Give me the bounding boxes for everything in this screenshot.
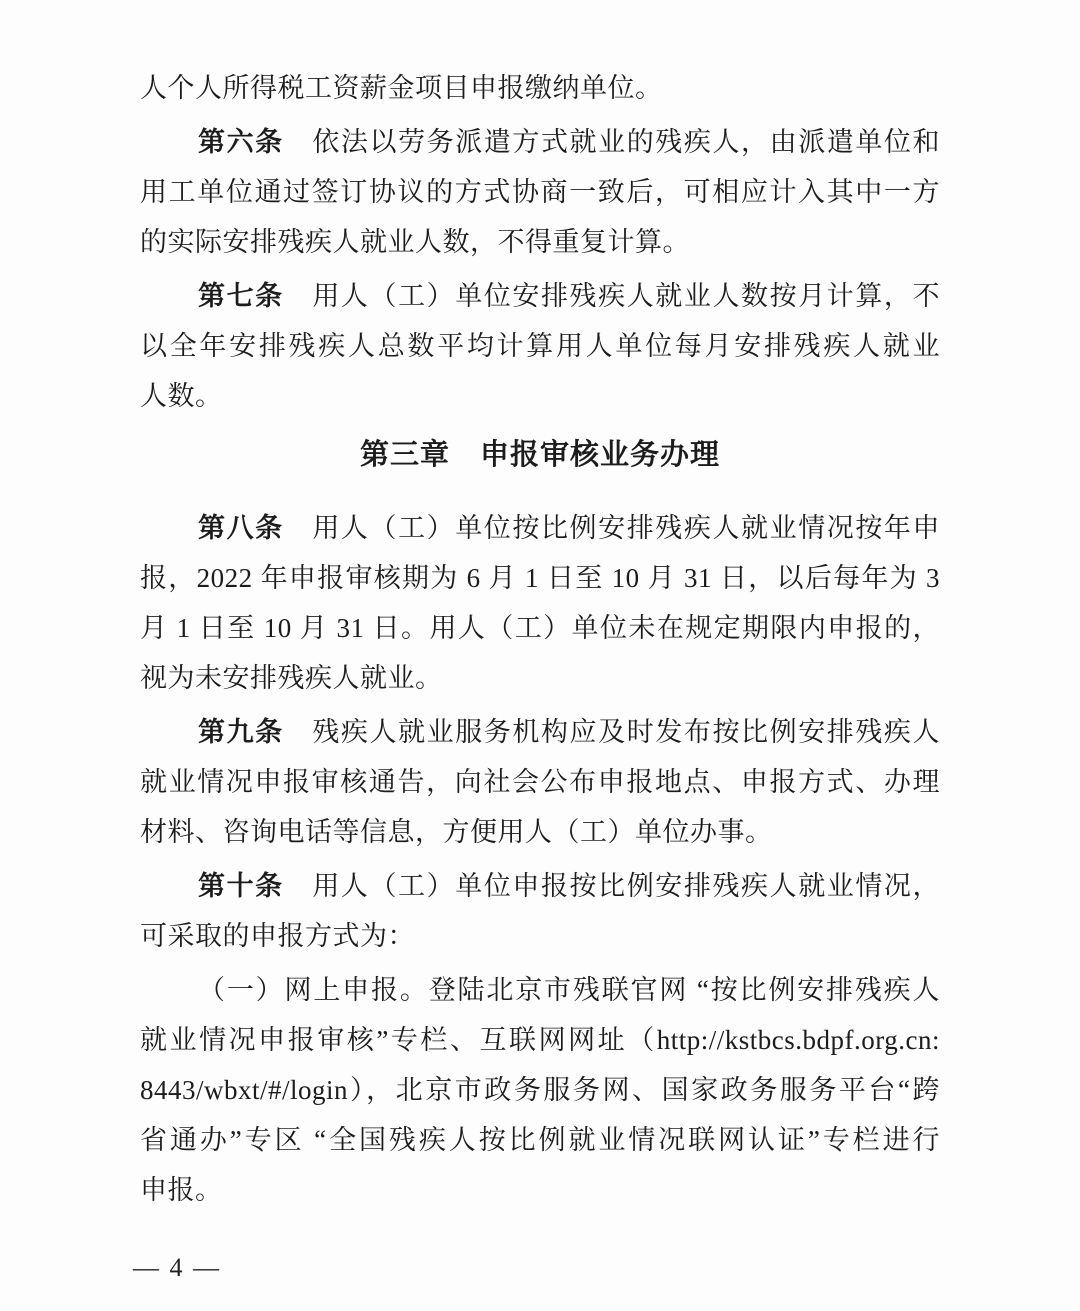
text-line: 第九条 残疾人就业服务机构应及时发布按比例安排残疾人 xyxy=(140,707,940,757)
line-text: 残疾人就业服务机构应及时发布按比例安排残疾人 xyxy=(284,717,940,747)
line-text: 以全年安排残疾人总数平均计算用人单位每月安排残疾人就业 xyxy=(140,331,940,361)
text-line: 第八条 用人（工）单位按比例安排残疾人就业情况按年申 xyxy=(140,503,940,553)
line-text: 人数。 xyxy=(140,381,223,411)
document-body: 人个人所得税工资薪金项目申报缴纳单位。 第六条 依法以劳务派遣方式就业的残疾人，… xyxy=(140,63,940,1215)
line-text: 申报。 xyxy=(140,1175,223,1205)
text-line: 就业情况申报审核通告，向社会公布申报地点、申报方式、办理 xyxy=(140,757,940,807)
text-line: 人个人所得税工资薪金项目申报缴纳单位。 xyxy=(140,63,940,113)
text-line: 第十条 用人（工）单位申报按比例安排残疾人就业情况， xyxy=(140,861,940,911)
line-text: 用人（工）单位安排残疾人就业人数按月计算，不 xyxy=(284,281,940,311)
text-line: 的实际安排残疾人就业人数，不得重复计算。 xyxy=(140,217,940,267)
text-line: 以全年安排残疾人总数平均计算用人单位每月安排残疾人就业 xyxy=(140,321,940,371)
article-number: 第九条 xyxy=(198,717,284,748)
article-number: 第七条 xyxy=(198,281,284,312)
line-text: 省通办”专区 “全国残疾人按比例就业情况联网认证”专栏进行 xyxy=(140,1125,940,1155)
line-text: 依法以劳务派遣方式就业的残疾人，由派遣单位和 xyxy=(284,127,940,157)
page-number-footer: — 4 — xyxy=(133,1248,221,1288)
line-text: 人个人所得税工资薪金项目申报缴纳单位。 xyxy=(140,73,663,103)
text-line: 人数。 xyxy=(140,371,940,421)
line-text: 用人（工）单位申报按比例安排残疾人就业情况， xyxy=(284,871,940,901)
line-text: 报，2022 年申报审核期为 6 月 1 日至 10 月 31 日，以后每年为 … xyxy=(140,563,940,593)
line-text: 月 1 日至 10 月 31 日。用人（工）单位未在规定期限内申报的， xyxy=(140,613,940,643)
line-text: 就业情况申报审核”专栏、互联网网址（http://kstbcs.bdpf.org… xyxy=(140,1025,940,1055)
text-line: 月 1 日至 10 月 31 日。用人（工）单位未在规定期限内申报的， xyxy=(140,603,940,653)
article-number: 第六条 xyxy=(198,127,284,158)
text-line: 8443/wbxt/#/login），北京市政务服务网、国家政务服务平台“跨 xyxy=(140,1065,940,1115)
document-page: 人个人所得税工资薪金项目申报缴纳单位。 第六条 依法以劳务派遣方式就业的残疾人，… xyxy=(0,0,1080,1311)
text-line: 报，2022 年申报审核期为 6 月 1 日至 10 月 31 日，以后每年为 … xyxy=(140,553,940,603)
line-text: 的实际安排残疾人就业人数，不得重复计算。 xyxy=(140,227,690,257)
text-line: 省通办”专区 “全国残疾人按比例就业情况联网认证”专栏进行 xyxy=(140,1115,940,1165)
article-number: 第十条 xyxy=(198,871,284,902)
text-line: 用工单位通过签订协议的方式协商一致后，可相应计入其中一方 xyxy=(140,167,940,217)
text-line: （一）网上申报。登陆北京市残联官网 “按比例安排残疾人 xyxy=(140,965,940,1015)
line-text: 材料、咨询电话等信息，方便用人（工）单位办事。 xyxy=(140,817,773,847)
line-text: 用工单位通过签订协议的方式协商一致后，可相应计入其中一方 xyxy=(140,177,940,207)
line-text: （一）网上申报。登陆北京市残联官网 “按比例安排残疾人 xyxy=(198,975,940,1005)
text-line: 申报。 xyxy=(140,1165,940,1215)
line-text: 第三章 申报审核业务办理 xyxy=(360,437,720,471)
text-line: 第六条 依法以劳务派遣方式就业的残疾人，由派遣单位和 xyxy=(140,117,940,167)
text-line: 可采取的申报方式为： xyxy=(140,911,940,961)
article-number: 第八条 xyxy=(198,513,284,544)
text-line: 第七条 用人（工）单位安排残疾人就业人数按月计算，不 xyxy=(140,271,940,321)
line-text: 就业情况申报审核通告，向社会公布申报地点、申报方式、办理 xyxy=(140,767,940,797)
text-line: 材料、咨询电话等信息，方便用人（工）单位办事。 xyxy=(140,807,940,857)
line-text: 用人（工）单位按比例安排残疾人就业情况按年申 xyxy=(284,513,940,543)
text-line: 视为未安排残疾人就业。 xyxy=(140,653,940,703)
chapter-heading: 第三章 申报审核业务办理 xyxy=(140,429,940,479)
line-text: 视为未安排残疾人就业。 xyxy=(140,663,443,693)
text-line: 就业情况申报审核”专栏、互联网网址（http://kstbcs.bdpf.org… xyxy=(140,1015,940,1065)
line-text: 可采取的申报方式为： xyxy=(140,921,415,951)
line-text: 8443/wbxt/#/login），北京市政务服务网、国家政务服务平台“跨 xyxy=(140,1075,940,1105)
